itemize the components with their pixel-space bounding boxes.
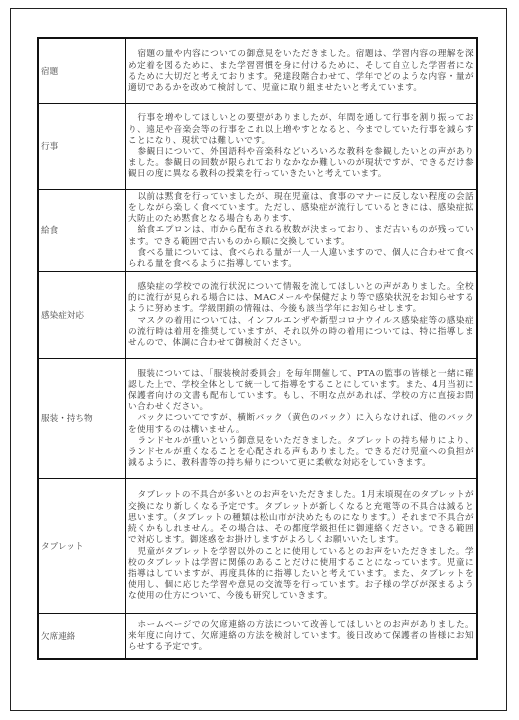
paragraph: 行事を増やしてほしいとの要望がありましたが、年間を通して行事を割り振っており、遠…	[128, 113, 474, 147]
paragraph: 児童がタブレットを学習以外のことに使用しているとのお声をいただきました。学校のタ…	[128, 547, 474, 603]
row-label: 服装・持ち物	[38, 358, 126, 478]
paragraph: マスクの着用については、インフルエンザや新型コロナウイルス感染症等の感染症の流行…	[128, 316, 474, 350]
table-row-tablet: タブレット タブレットの不具合が多いとのお声をいただきました。1月末頃現在のタブ…	[38, 478, 477, 613]
paragraph: 服装については、「服装検討委員会」を毎年開催して、PTAの監事の皆様と一緒に確認…	[128, 369, 474, 414]
paragraph: 感染症の学校での流行状況について情報を流してほしいとの声がありました。全校的に流…	[128, 282, 474, 316]
table-row-school-lunch: 給食 以前は黙食を行っていましたが、現在児童は、食事のマナーに反しない程度の会話…	[38, 189, 477, 271]
row-content: 行事を増やしてほしいとの要望がありましたが、年間を通して行事を割り振っており、遠…	[126, 103, 478, 189]
paragraph: 給食エプロンは、市から配布される枚数が決まっており、まだ古いものが残っています。…	[128, 225, 474, 247]
row-label: 感染症対応	[38, 271, 126, 358]
paragraph: ホームページでの欠席連絡の方法について改善してほしいとのお声がありました。来年度…	[128, 620, 474, 654]
paragraph: 宿題の量や内容についての御意見をいただきました。宿題は、学習内容の理解を深め定着…	[128, 49, 474, 94]
row-label: 宿題	[38, 38, 126, 103]
table-row-homework: 宿題 宿題の量や内容についての御意見をいただきました。宿題は、学習内容の理解を深…	[38, 38, 477, 103]
feedback-response-table: 宿題 宿題の量や内容についての御意見をいただきました。宿題は、学習内容の理解を深…	[37, 37, 478, 660]
paragraph: タブレットの不具合が多いとのお声をいただきました。1月末頃現在のタブレットが交換…	[128, 490, 474, 546]
row-label: 行事	[38, 103, 126, 189]
row-content: 服装については、「服装検討委員会」を毎年開催して、PTAの監事の皆様と一緒に確認…	[126, 358, 478, 478]
row-label: 給食	[38, 189, 126, 271]
row-content: ホームページでの欠席連絡の方法について改善してほしいとのお声がありました。来年度…	[126, 613, 478, 659]
paragraph: ランドセルが重いという御意見をいただきました。タブレットの持ち帰りにより、ランド…	[128, 436, 474, 470]
paragraph: 参観日について、外国語科や音楽科などいろいろな教科を参観したいとの声がありました…	[128, 147, 474, 181]
paragraph: 以前は黙食を行っていましたが、現在児童は、食事のマナーに反しない程度の会話をしな…	[128, 192, 474, 226]
row-label: タブレット	[38, 478, 126, 613]
table-row-infection-response: 感染症対応 感染症の学校での流行状況について情報を流してほしいとの声がありました…	[38, 271, 477, 358]
paragraph: バックについてですが、横断バック（黄色のバック）に入らなければ、他のバックを使用…	[128, 413, 474, 435]
row-content: タブレットの不具合が多いとのお声をいただきました。1月末頃現在のタブレットが交換…	[126, 478, 478, 613]
table-row-clothing-belongings: 服装・持ち物 服装については、「服装検討委員会」を毎年開催して、PTAの監事の皆…	[38, 358, 477, 478]
table-row-events: 行事 行事を増やしてほしいとの要望がありましたが、年間を通して行事を割り振ってお…	[38, 103, 477, 189]
row-content: 宿題の量や内容についての御意見をいただきました。宿題は、学習内容の理解を深め定着…	[126, 38, 478, 103]
row-content: 以前は黙食を行っていましたが、現在児童は、食事のマナーに反しない程度の会話をしな…	[126, 189, 478, 271]
row-content: 感染症の学校での流行状況について情報を流してほしいとの声がありました。全校的に流…	[126, 271, 478, 358]
row-label: 欠席連絡	[38, 613, 126, 659]
table-row-absence-contact: 欠席連絡 ホームページでの欠席連絡の方法について改善してほしいとのお声がありまし…	[38, 613, 477, 659]
paragraph: 食べる量については、食べられる量が一人一人違いますので、個人に合わせて食べられる…	[128, 248, 474, 270]
